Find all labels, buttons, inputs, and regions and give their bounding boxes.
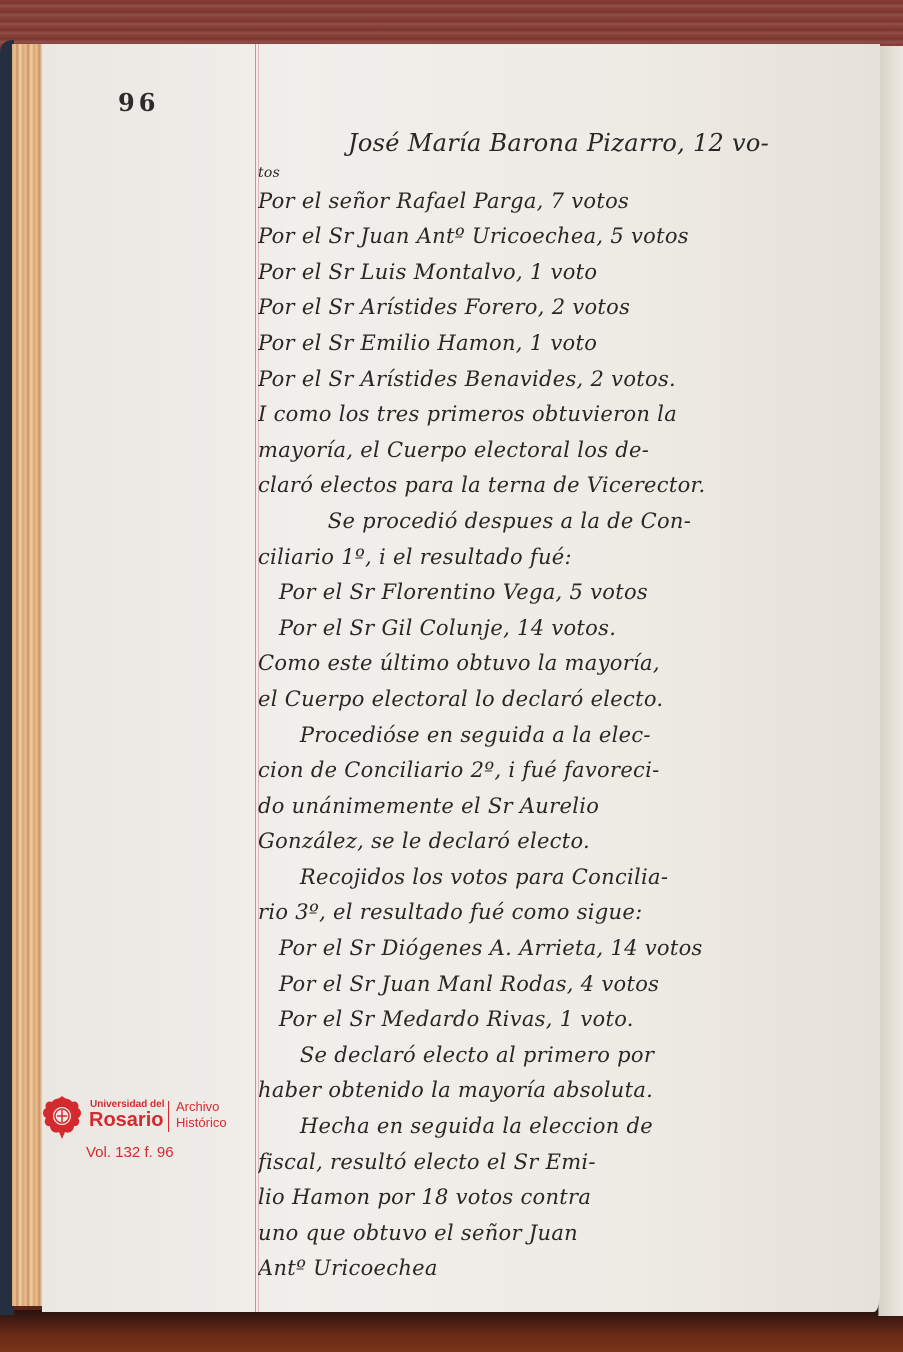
text-line: Por el Sr Gil Colunje, 14 votos. [258, 611, 868, 647]
page-number: 96 [118, 88, 159, 117]
archive-name-line1: Archivo [176, 1099, 219, 1114]
handwritten-text-block: José María Barona Pizarro, 12 vo- tos Po… [258, 126, 868, 1287]
text-line: Por el Sr Medardo Rivas, 1 voto. [258, 1002, 868, 1038]
text-line: Por el Sr Luis Montalvo, 1 voto [258, 255, 868, 291]
text-line: tos [258, 162, 868, 184]
text-line: cion de Conciliario 2º, i fué favoreci- [258, 753, 868, 789]
text-line: mayoría, el Cuerpo electoral los de- [258, 433, 868, 469]
archive-watermark: Universidad del Rosario Archivo Históric… [40, 1094, 250, 1166]
text-line: fiscal, resultó electo el Sr Emi- [258, 1145, 868, 1181]
text-line: lio Hamon por 18 votos contra [258, 1180, 868, 1216]
text-line: Por el Sr Emilio Hamon, 1 voto [258, 326, 868, 362]
institution-name-line2: Rosario [89, 1109, 163, 1132]
text-line: Por el Sr Juan Manl Rodas, 4 votos [258, 967, 868, 1003]
text-line: Como este último obtuvo la mayoría, [258, 646, 868, 682]
wooden-table-bottom [0, 1310, 903, 1352]
text-line: Por el Sr Diógenes A. Arrieta, 14 votos [258, 931, 868, 967]
margin-rule [255, 44, 256, 1312]
text-line: ciliario 1º, i el resultado fué: [258, 540, 868, 576]
text-line: Recojidos los votos para Concilia- [258, 860, 868, 896]
text-line: José María Barona Pizarro, 12 vo- [258, 126, 868, 162]
text-line: do unánimemente el Sr Aurelio [258, 789, 868, 825]
text-line: González, se le declaró electo. [258, 824, 868, 860]
text-line: claró electos para la terna de Vicerecto… [258, 468, 868, 504]
logo-divider [168, 1101, 169, 1132]
university-crest-icon [40, 1094, 84, 1140]
text-line: Hecha en seguida la eleccion de [258, 1109, 868, 1145]
archive-name-line2: Histórico [176, 1115, 227, 1130]
text-line: I como los tres primeros obtuvieron la [258, 397, 868, 433]
text-line: Por el Sr Florentino Vega, 5 votos [258, 575, 868, 611]
text-line: Por el señor Rafael Parga, 7 votos [258, 184, 868, 220]
text-line: Antº Uricoechea [258, 1251, 868, 1287]
text-line: rio 3º, el resultado fué como sigue: [258, 895, 868, 931]
text-line: Se declaró electo al primero por [258, 1038, 868, 1074]
facing-page-edge [878, 46, 903, 1316]
text-line: Por el Sr Juan Antº Uricoechea, 5 votos [258, 219, 868, 255]
text-line: Procedióse en seguida a la elec- [258, 718, 868, 754]
text-line: Se procedió despues a la de Con- [258, 504, 868, 540]
text-line: haber obtenido la mayoría absoluta. [258, 1073, 868, 1109]
text-line: el Cuerpo electoral lo declaró electo. [258, 682, 868, 718]
text-line: Por el Sr Arístides Benavides, 2 votos. [258, 362, 868, 398]
text-line: uno que obtuvo el señor Juan [258, 1216, 868, 1252]
volume-folio-reference: Vol. 132 f. 96 [86, 1144, 174, 1161]
text-line: Por el Sr Arístides Forero, 2 votos [258, 290, 868, 326]
